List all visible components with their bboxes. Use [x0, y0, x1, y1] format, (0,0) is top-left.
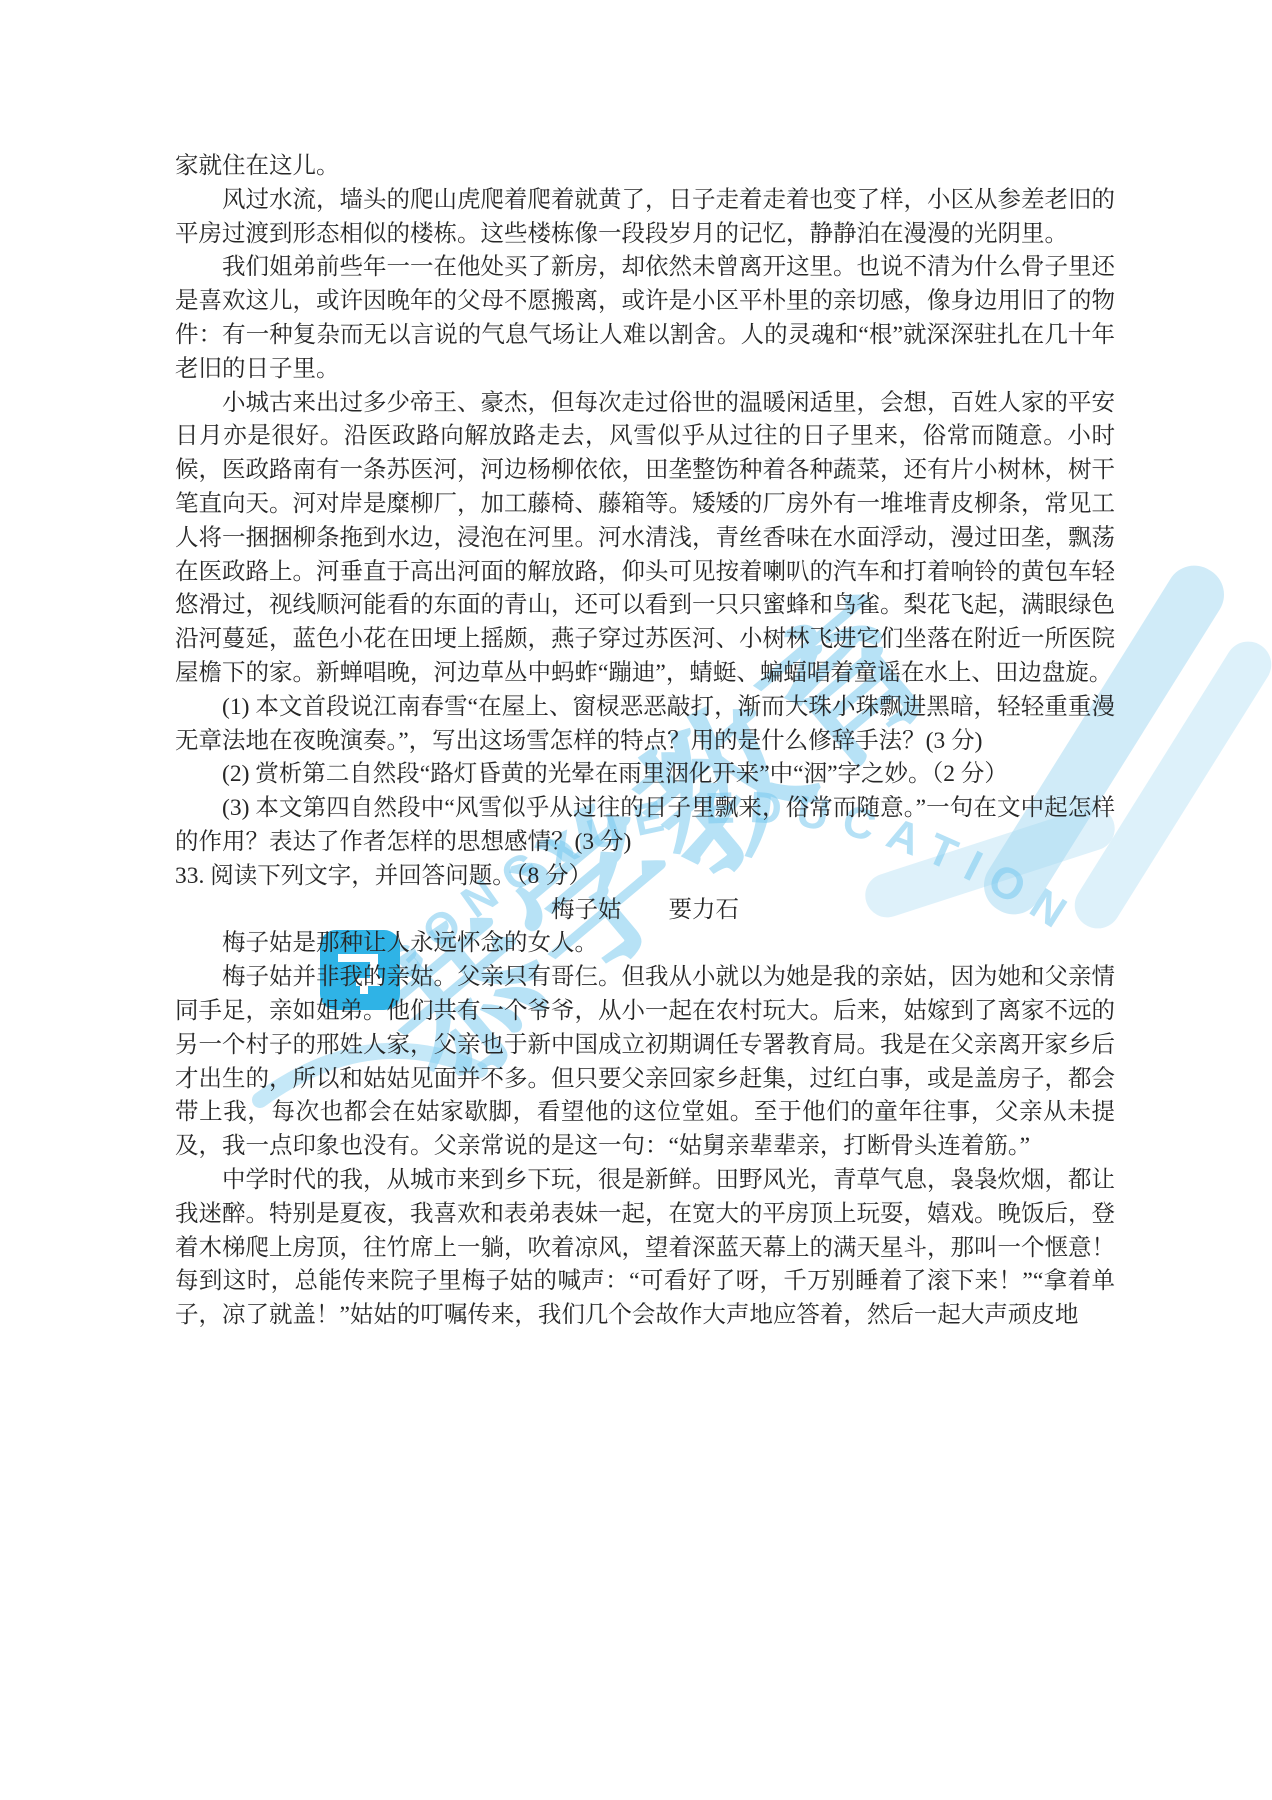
essay2-paragraph: 梅子姑并非我的亲姑。父亲只有哥仨。但我从小就以为她是我的亲姑，因为她和父亲情同手… — [175, 961, 1115, 1164]
question-2: (2) 赏析第二自然段“路灯昏黄的光晕在雨里洇化开来”中“洇”字之妙。（2 分） — [175, 758, 1115, 792]
essay1-paragraph: 小城古来出过多少帝王、豪杰，但每次走过俗世的温暖闲适里，会想，百姓人家的平安日月… — [175, 387, 1115, 691]
essay1-paragraph: 我们姐弟前些年一一在他处买了新房，却依然未曾离开这里。也说不清为什么骨子里还是喜… — [175, 251, 1115, 386]
essay1-continuation-line: 家就住在这儿。 — [175, 150, 1115, 184]
essay2-paragraph: 中学时代的我，从城市来到乡下玩，很是新鲜。田野风光，青草气息，袅袅炊烟，都让我迷… — [175, 1164, 1115, 1333]
essay2-title: 梅子姑 要力石 — [175, 894, 1115, 928]
question-1: (1) 本文首段说江南春雪“在屋上、窗棂恶恶敲打，渐而大珠小珠飘进黑暗，轻轻重重… — [175, 691, 1115, 759]
essay1-paragraph: 风过水流，墙头的爬山虎爬着爬着就黄了，日子走着走着也变了样，小区从参差老旧的平房… — [175, 184, 1115, 252]
question-3: (3) 本文第四自然段中“风雪似乎从过往的日子里飘来，俗常而随意。”一句在文中起… — [175, 792, 1115, 860]
essay2-paragraph: 梅子姑是那种让人永远怀念的女人。 — [175, 927, 1115, 961]
section-33-heading: 33. 阅读下列文字，并回答问题。（8 分） — [175, 860, 1115, 894]
exam-page-text: 家就住在这儿。 风过水流，墙头的爬山虎爬着爬着就黄了，日子走着走着也变了样，小区… — [175, 150, 1115, 1333]
